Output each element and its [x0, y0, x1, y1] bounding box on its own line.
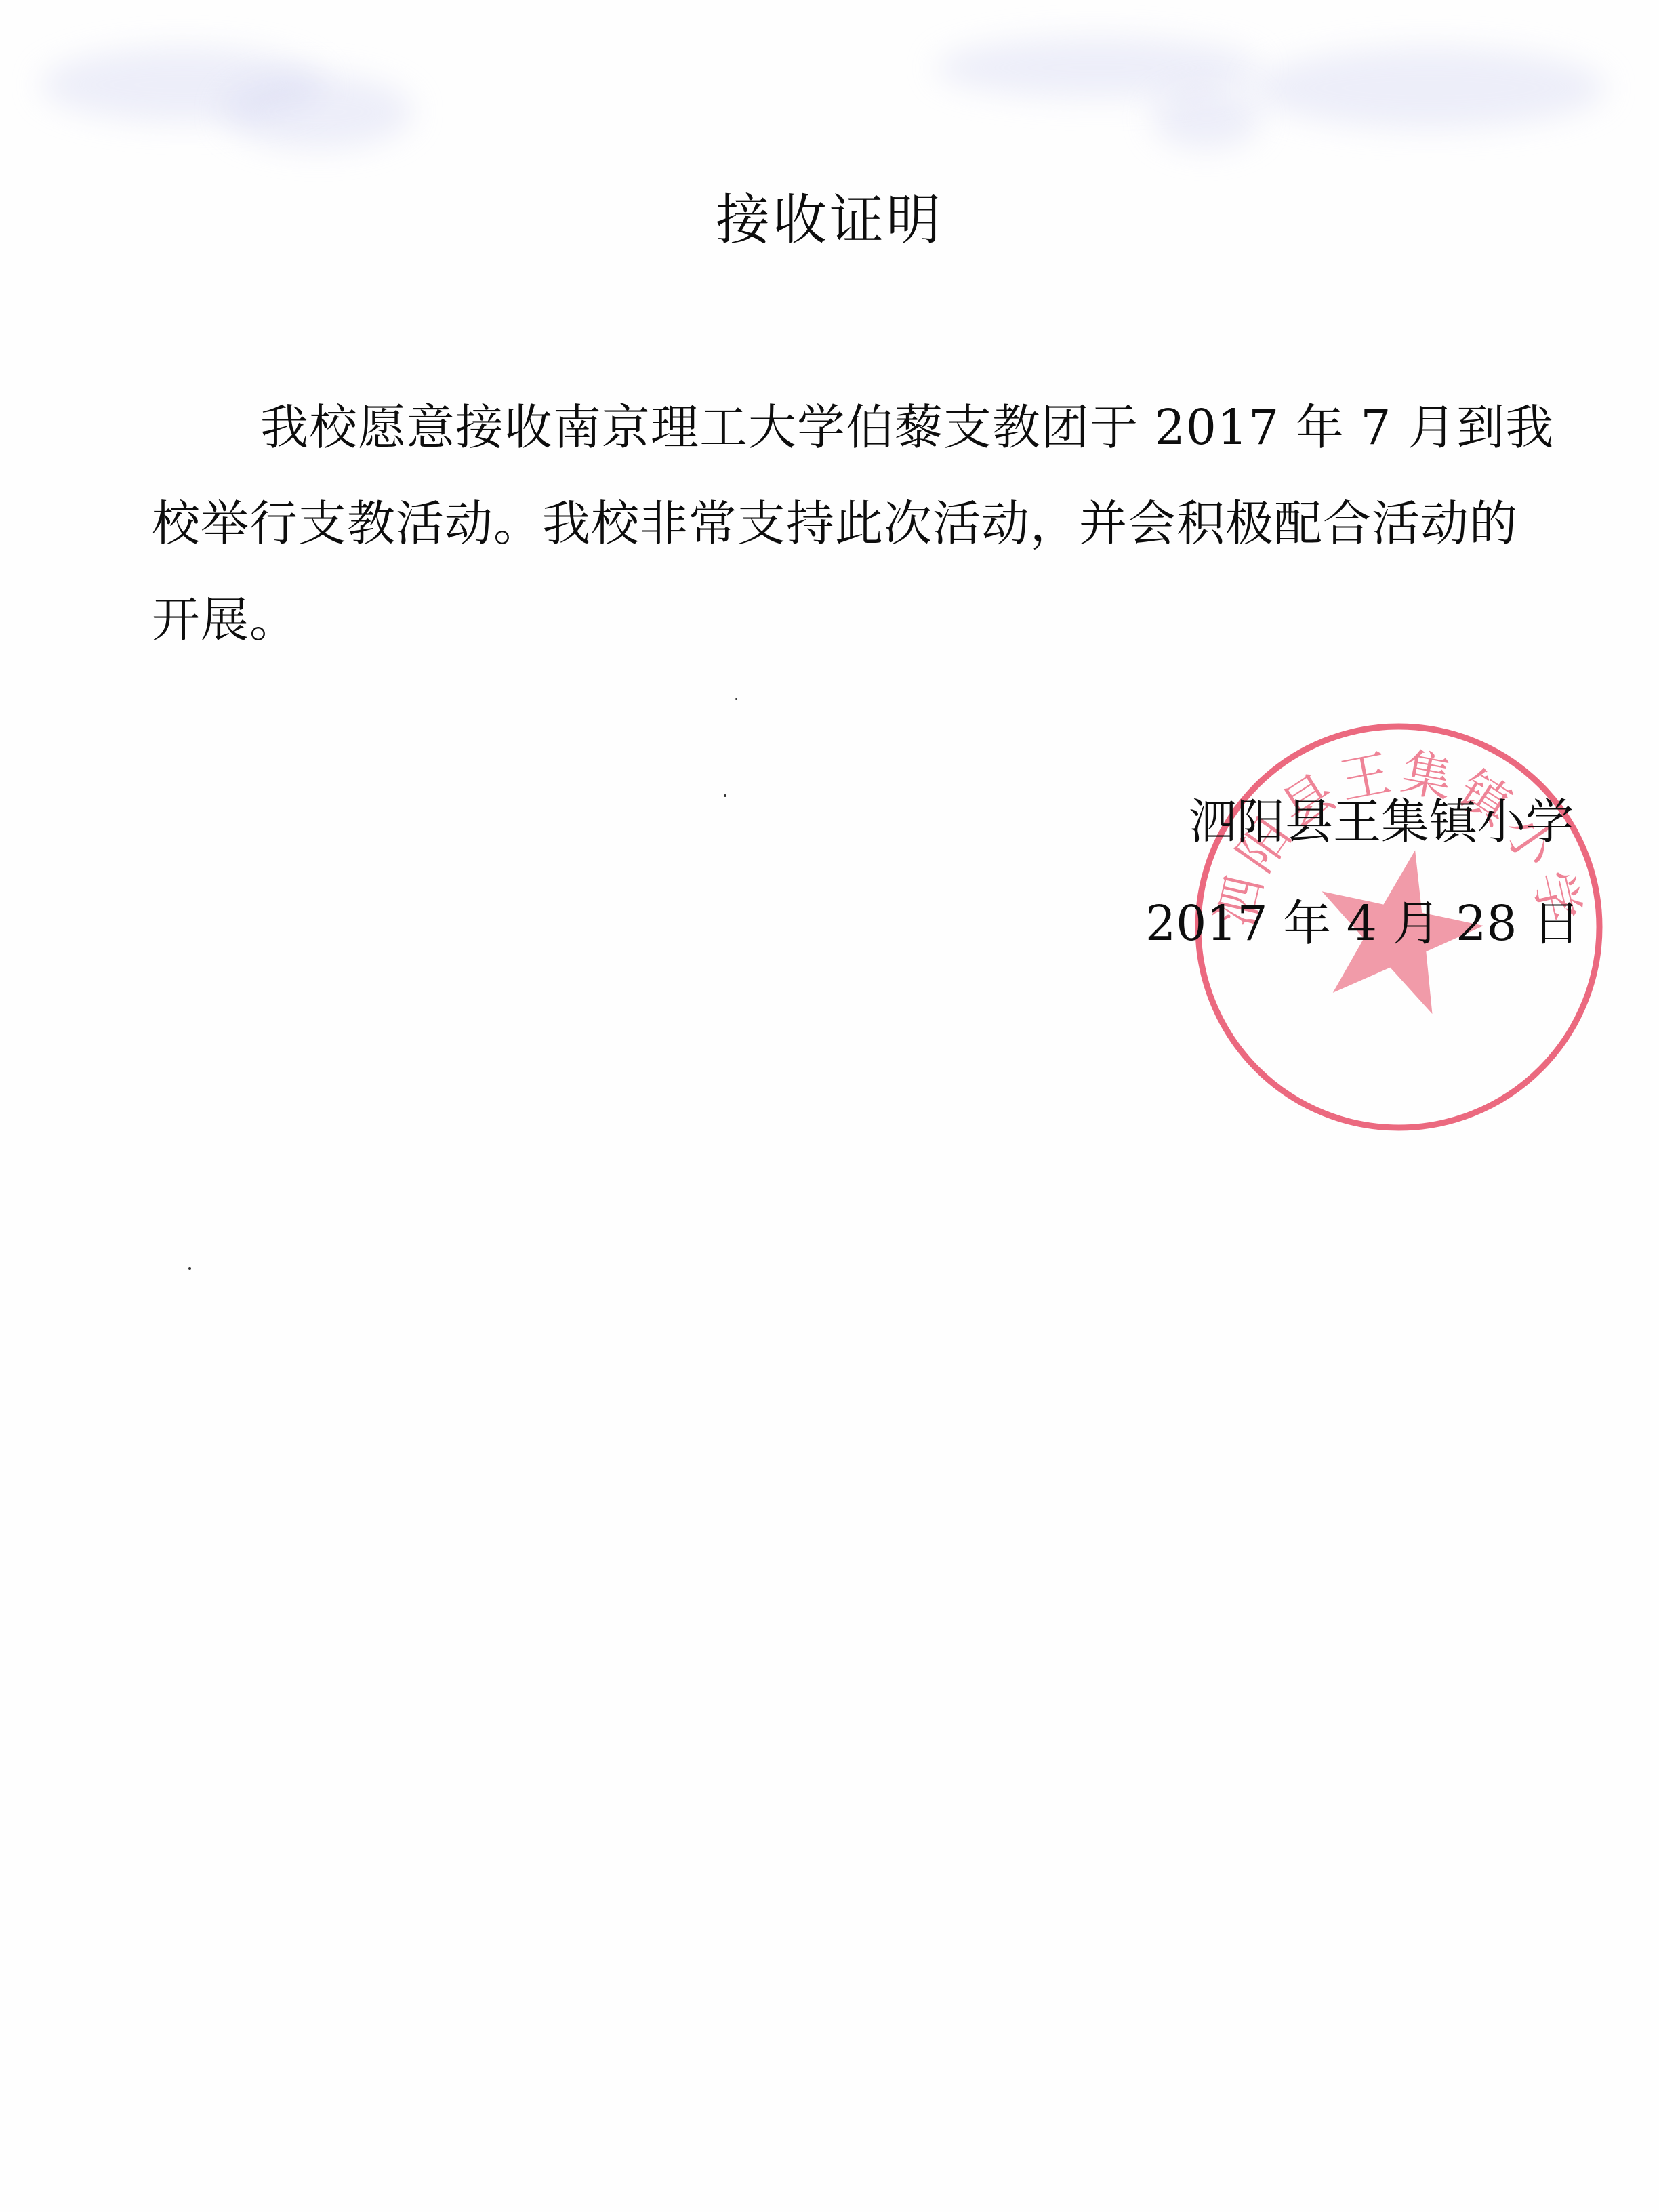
paper-crease-shadow — [1254, 47, 1606, 129]
body-line-1: 我校愿意接收南京理工大学伯藜支教团于 2017 年 7 月到我 — [152, 380, 1561, 476]
body-line-1-text: 我校愿意接收南京理工大学伯藜支教团于 2017 年 7 月到我 — [260, 399, 1554, 455]
signature-date: 2017 年 4 月 28 日 — [1145, 893, 1580, 954]
signature-organization: 泗阳县王集镇小学 — [1189, 792, 1574, 853]
scan-speck — [735, 698, 737, 700]
document-body: 我校愿意接收南京理工大学伯藜支教团于 2017 年 7 月到我 校举行支教活动。… — [152, 380, 1561, 668]
paper-sheet: 接收证明 我校愿意接收南京理工大学伯藜支教团于 2017 年 7 月到我 校举行… — [0, 0, 1659, 2212]
scan-speck — [188, 1267, 191, 1270]
body-line-2: 校举行支教活动。我校非常支持此次活动，并会积极配合活动的 — [152, 476, 1561, 572]
paper-crease-shadow — [224, 75, 413, 149]
paper-crease-shadow — [1152, 88, 1261, 149]
body-line-3: 开展。 — [152, 572, 1561, 668]
document-title: 接收证明 — [0, 186, 1659, 254]
scan-speck — [724, 794, 726, 797]
